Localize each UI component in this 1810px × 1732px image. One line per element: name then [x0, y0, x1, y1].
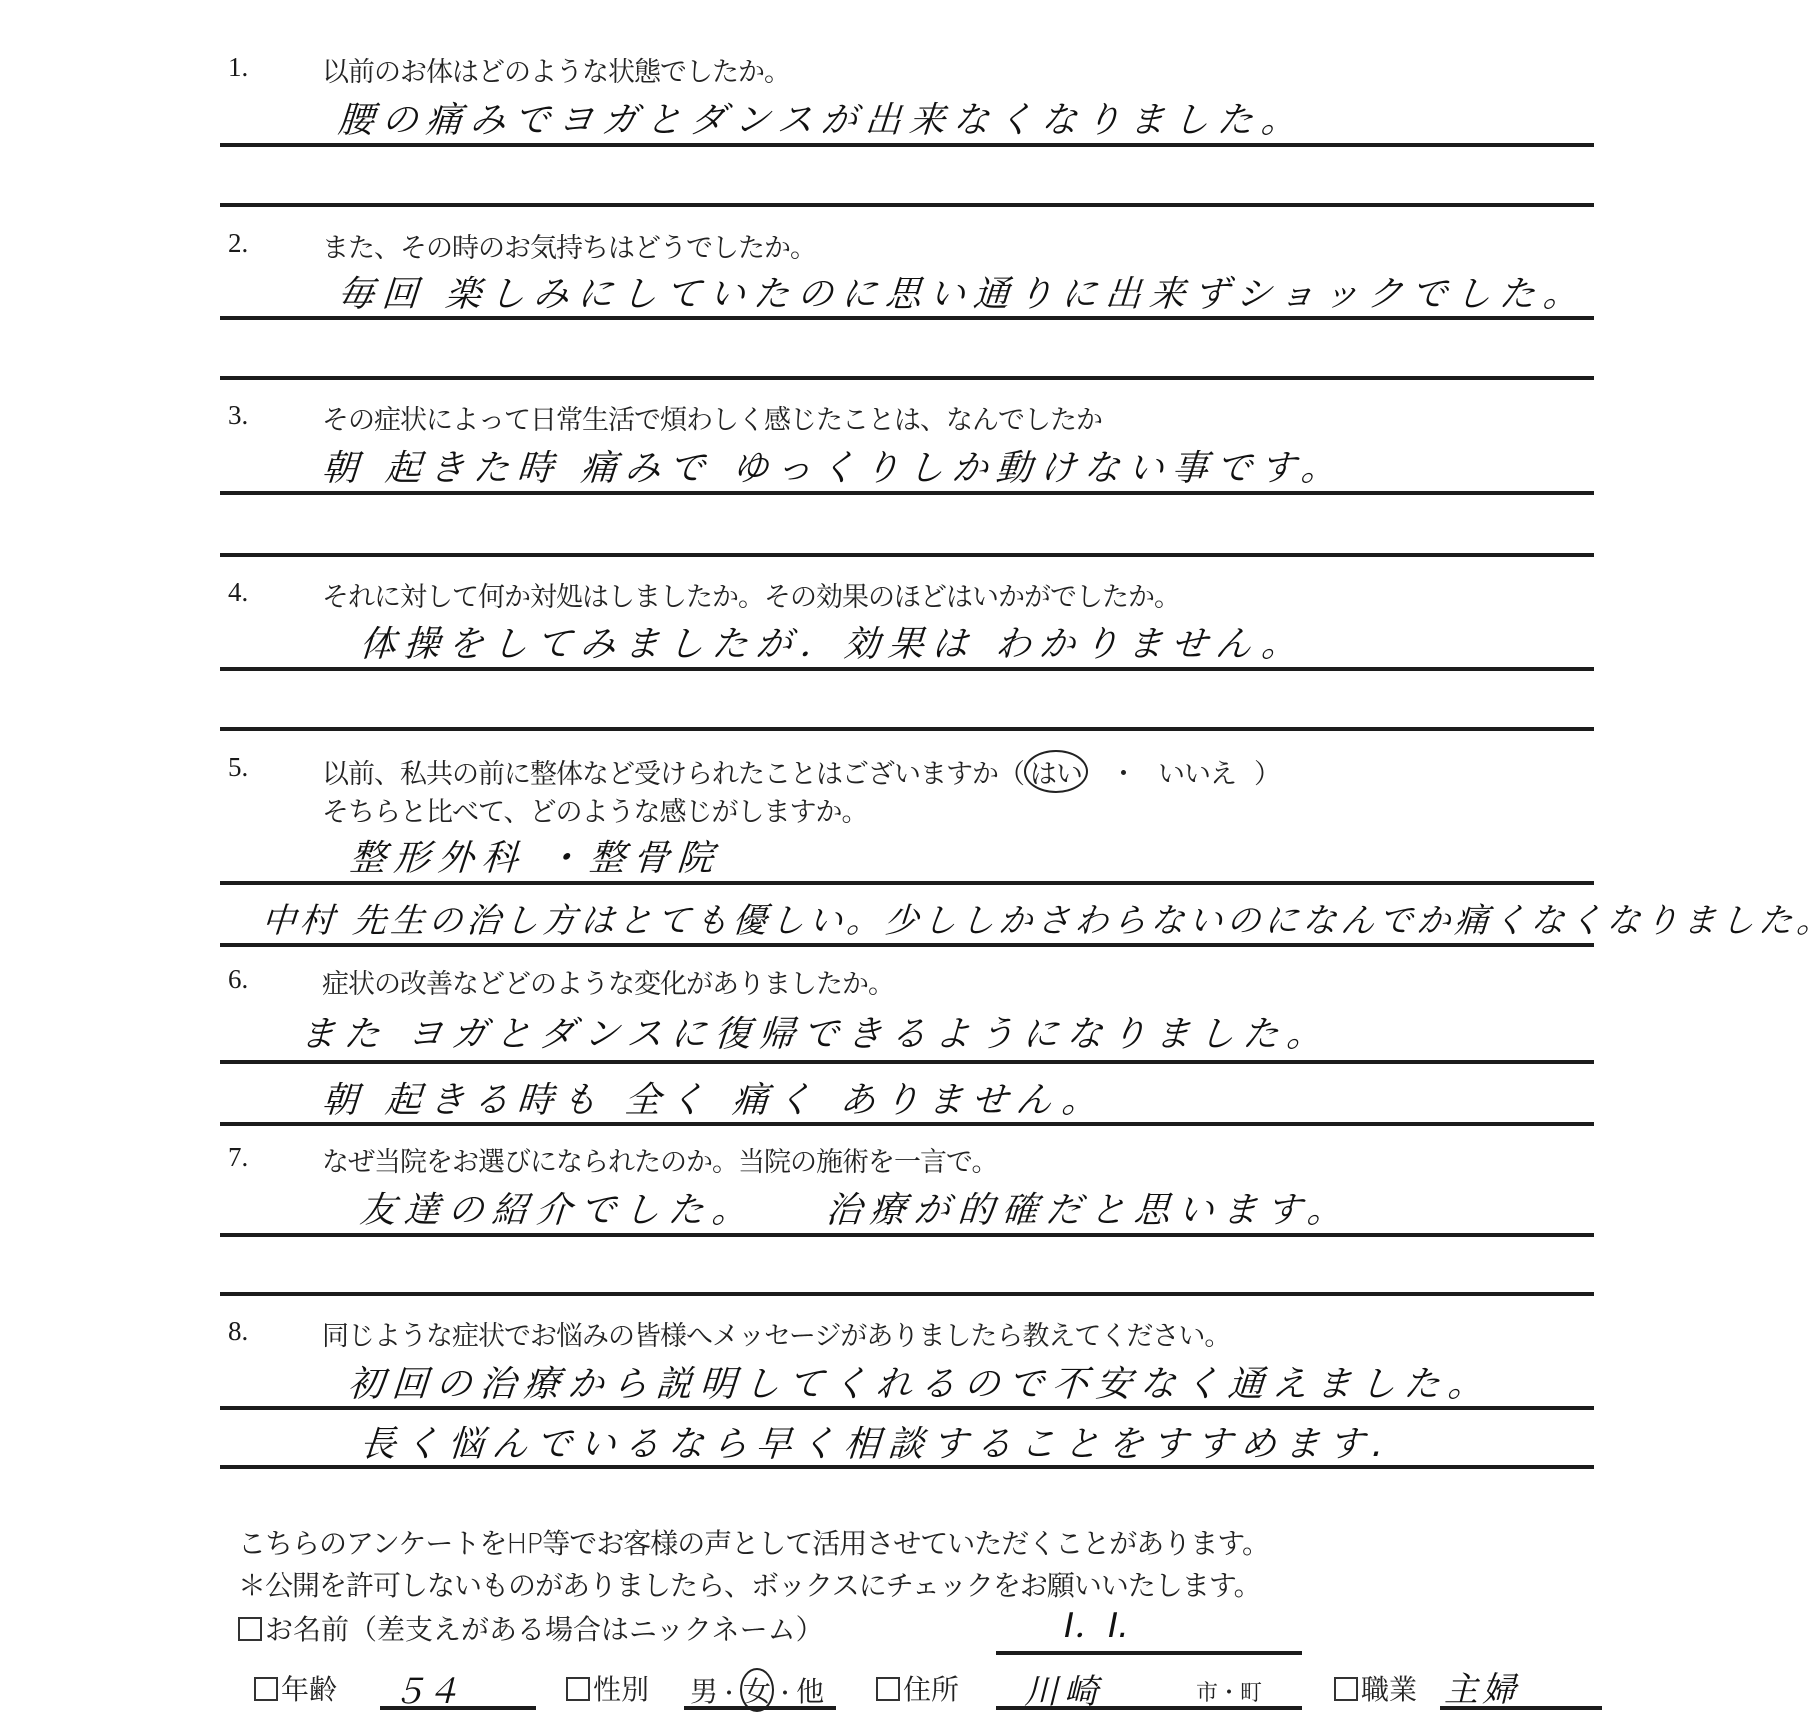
answer-text: 整形外科 ・整骨院: [348, 830, 723, 881]
gender-option-other[interactable]: 他: [796, 1675, 824, 1708]
age-underline: [380, 1706, 536, 1710]
answer-text: 朝 起きた時 痛みで ゆっくりしか動けない事です。: [320, 440, 1347, 491]
question-text: その症状によって日常生活で煩わしく感じたことは、なんでしたか: [322, 398, 1102, 437]
question-text-main: 以前、私共の前に整体など受けられたことはございますか（: [322, 759, 1024, 790]
question-number: 6.: [228, 964, 248, 995]
occupation-underline: [1440, 1706, 1602, 1710]
address-underline: [996, 1706, 1302, 1710]
answer-text: 中村 先生の治し方はとても優しい。少ししかさわらないのになんでか痛くなくなりまし…: [260, 893, 1810, 942]
name-underline: [996, 1651, 1302, 1655]
question-number: 3.: [228, 400, 248, 431]
question-number: 4.: [228, 577, 248, 608]
question-text: 同じような症状でお悩みの皆様へメッセージがありましたら教えてください。: [322, 1314, 1230, 1353]
answer-text: 初回の治療から説明してくれるので不安なく通えました。: [346, 1356, 1494, 1407]
answer-text: 体操をしてみましたが．効果は わかりません。: [358, 616, 1307, 667]
age-privacy-checkbox[interactable]: [254, 1677, 278, 1701]
occupation-privacy-checkbox[interactable]: [1334, 1677, 1358, 1701]
answer-line: [220, 1406, 1594, 1410]
answer-line: [220, 1465, 1594, 1469]
occupation-value[interactable]: 主婦: [1444, 1662, 1520, 1711]
answer-line: [220, 143, 1594, 147]
answer-text: 腰の痛みでヨガとダンスが出来なくなりました。: [336, 92, 1307, 143]
question-text: なぜ当院をお選びになられたのか。当院の施術を一言で。: [322, 1140, 997, 1179]
answer-line: [220, 491, 1594, 495]
option-no[interactable]: いいえ: [1158, 759, 1236, 790]
gender-field-label: 性別: [566, 1668, 649, 1708]
name-privacy-checkbox[interactable]: [238, 1617, 262, 1641]
answer-text: 友達の紹介でした。 治療が的確だと思います。: [358, 1182, 1353, 1233]
answer-text: 毎回 楽しみにしていたのに思い通りに出来ずショックでした。: [336, 266, 1589, 317]
answer-line: [220, 881, 1594, 885]
question-number: 7.: [228, 1142, 248, 1173]
name-value[interactable]: I．I.: [1064, 1598, 1129, 1647]
question-number: 2.: [228, 228, 248, 259]
answer-line: [220, 1122, 1594, 1126]
question-text: 以前のお体はどのような状態でしたか。: [322, 50, 790, 89]
question-number: 5.: [228, 752, 248, 783]
close-paren: ）: [1254, 759, 1280, 790]
name-field-label: お名前（差支えがある場合はニックネーム）: [238, 1608, 824, 1648]
answer-text: 長く悩んでいるなら早く相談することをすすめます.: [358, 1416, 1393, 1467]
gender-underline: [684, 1706, 836, 1710]
question-number: 8.: [228, 1316, 248, 1347]
answer-text: 朝 起きる時も 全く 痛く ありません。: [320, 1072, 1108, 1123]
answer-line: [220, 316, 1594, 320]
answer-line: [220, 667, 1594, 671]
question-number: 1.: [228, 52, 248, 83]
gender-option-male[interactable]: 男: [690, 1675, 718, 1708]
question-text: それに対して何か対処はしましたか。その効果のほどはいかがでしたか。: [322, 575, 1180, 614]
answer-line: [220, 1060, 1594, 1064]
answer-line: [220, 727, 1594, 731]
answer-line: [220, 1233, 1594, 1237]
gender-privacy-checkbox[interactable]: [566, 1677, 590, 1701]
question-text: 以前、私共の前に整体など受けられたことはございますか（はい・いいえ）: [322, 750, 1280, 793]
address-suffix: 市・町: [1196, 1676, 1262, 1707]
occupation-field-label: 職業: [1334, 1668, 1417, 1708]
answer-line: [220, 1292, 1594, 1296]
publication-notice: こちらのアンケートをHP等でお客様の声として活用させていただくことがあります。: [238, 1522, 1269, 1562]
answer-line: [220, 376, 1594, 380]
address-privacy-checkbox[interactable]: [876, 1677, 900, 1701]
age-field-label: 年齢: [254, 1668, 337, 1708]
answer-text: また ヨガとダンスに復帰できるようになりました。: [298, 1006, 1332, 1057]
address-field-label: 住所: [876, 1668, 959, 1708]
question-text-line2: そちらと比べて、どのような感じがしますか。: [322, 790, 867, 829]
answer-line: [220, 553, 1594, 557]
answer-line: [220, 203, 1594, 207]
answer-line: [220, 943, 1594, 947]
question-text: また、その時のお気持ちはどうでしたか。: [322, 226, 816, 265]
question-text: 症状の改善などどのような変化がありましたか。: [322, 962, 894, 1001]
option-yes-selected[interactable]: はい: [1024, 750, 1088, 793]
option-separator: ・: [1110, 759, 1136, 790]
